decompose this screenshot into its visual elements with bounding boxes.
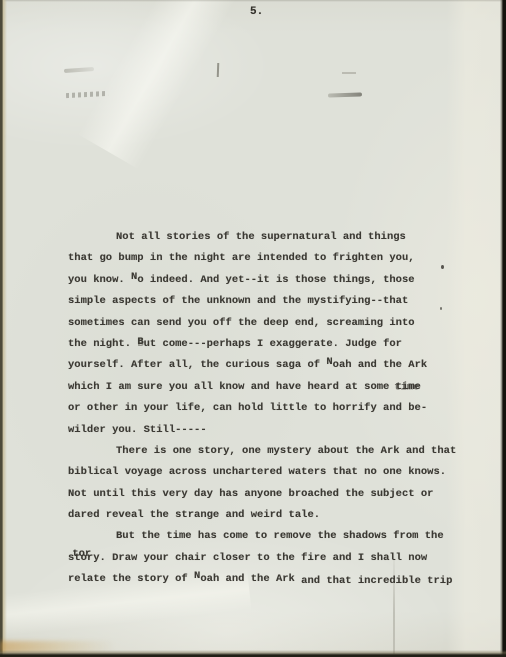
typed-text: you know. <box>68 274 131 286</box>
typescript-line: stortory. Draw your chair closer to the … <box>68 548 460 569</box>
typed-text: the night. <box>68 338 137 350</box>
typed-text: relate the story of <box>68 573 194 585</box>
typed-text-raised: N <box>194 570 200 582</box>
typed-text: There is one story, one mystery about th… <box>116 445 456 457</box>
scanned-typescript-page: { "page": { "number_label": "5.", "paper… <box>0 0 506 657</box>
typed-text: simple aspects of the unknown and the my… <box>68 295 408 307</box>
scan-edge-left <box>0 0 7 657</box>
typed-text: that go bump in the night are intended t… <box>68 252 415 264</box>
typed-text: dared reveal the strange and weird tale. <box>68 509 320 521</box>
typescript-line: yourself. After all, the curious saga of… <box>68 355 460 376</box>
pencil-dash-mark <box>342 72 356 74</box>
typescript-line: relate the story of Noah and the Ark and… <box>68 569 460 590</box>
overtyped-correction: tor <box>72 544 91 565</box>
typescript-line: Not all stories of the supernatural and … <box>68 227 460 248</box>
typed-text: oah and the Ark <box>200 573 295 585</box>
typed-text: which I am sure you all know and have he… <box>68 381 396 393</box>
typed-text: o indeed. And yet--it is those things, t… <box>137 274 414 286</box>
typed-text: y. Draw your chair closer to the fire an… <box>93 552 427 564</box>
scan-edge-right <box>500 0 506 657</box>
page-number: 5. <box>250 6 263 18</box>
typed-text-low: and that incredible trip <box>295 575 453 587</box>
scan-edge-bottom <box>0 650 506 657</box>
typed-text: biblical voyage across unchartered water… <box>68 466 446 478</box>
typescript-line: that go bump in the night are intended t… <box>68 248 460 269</box>
typescript-line: sometimes can send you off the deep end,… <box>68 313 460 334</box>
typescript-line: simple aspects of the unknown and the my… <box>68 291 460 312</box>
typed-text-raised: N <box>326 356 332 368</box>
typescript-line: There is one story, one mystery about th… <box>68 441 460 462</box>
typed-text: Not until this very day has anyone broac… <box>68 488 433 500</box>
typed-text: yourself. After all, the curious saga of <box>68 359 326 371</box>
typed-text-strikeover: time <box>396 381 421 393</box>
typed-text: or other in your life, can hold little t… <box>68 402 427 414</box>
typed-text: Not all stories of the supernatural and … <box>116 231 406 243</box>
typescript-line: or other in your life, can hold little t… <box>68 398 460 419</box>
typescript-line: biblical voyage across unchartered water… <box>68 462 460 483</box>
typescript-line: you know. No indeed. And yet--it is thos… <box>68 270 460 291</box>
scan-edge-top <box>0 0 506 2</box>
typescript-line: which I am sure you all know and have he… <box>68 377 460 398</box>
typescript-line: the night. But come---perhaps I exaggera… <box>68 334 460 355</box>
typed-text: wilder you. Still----- <box>68 424 207 436</box>
typed-text: sometimes can send you off the deep end,… <box>68 317 415 329</box>
typescript-line: Not until this very day has anyone broac… <box>68 484 460 505</box>
typescript-line: dared reveal the strange and weird tale. <box>68 505 460 526</box>
typed-text-stack: tortor <box>74 548 93 569</box>
typed-text-raised: N <box>131 271 137 283</box>
typed-text: But the time has come to remove the shad… <box>116 530 444 542</box>
typescript-body: Not all stories of the supernatural and … <box>68 227 460 591</box>
typed-text: ut come---perhaps I exaggerate. Judge fo… <box>144 338 402 350</box>
typed-text-overstruck: B <box>137 336 143 348</box>
typescript-line: But the time has come to remove the shad… <box>68 526 460 547</box>
typed-text: oah and the Ark <box>333 359 428 371</box>
typescript-line: wilder you. Still----- <box>68 420 460 441</box>
